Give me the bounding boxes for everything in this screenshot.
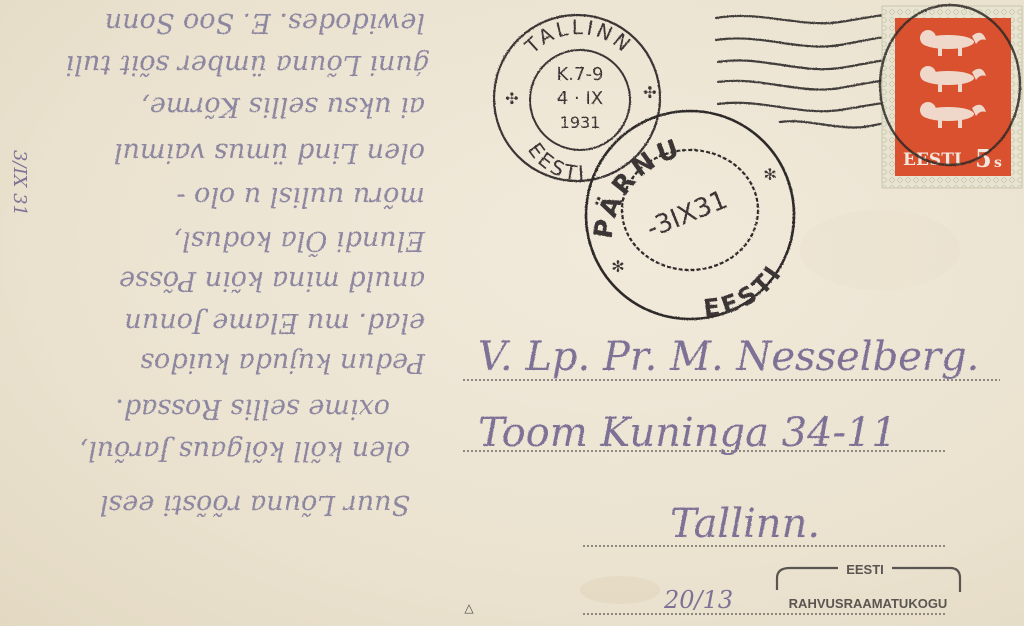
address-street: Toom Kuninga 34-11 (478, 410, 897, 456)
message-line: olen Lind ümus vaimul (114, 137, 425, 168)
library-stamp: EESTI RAHVUSRAAMATUKOGU (777, 562, 960, 611)
catalog-number: 20/13 (663, 586, 733, 614)
postmark-tallinn-year: 1931 (560, 113, 601, 132)
postcard: lewidodes. E. Soo Sonn ģuni Lõuna ümber … (0, 0, 1024, 626)
library-stamp-bottom: RAHVUSRAAMATUKOGU (789, 596, 948, 611)
postmark-tallinn-time: K.7-9 (557, 64, 604, 85)
postmark-tallinn-country: EESTI (523, 138, 587, 185)
svg-text:EESTI: EESTI (702, 258, 789, 322)
message-line: olen kõll kõlgaus Jarõul, (80, 435, 410, 466)
stamp-unit: s (994, 155, 1002, 171)
postmark-parnu-country: EESTI (702, 258, 789, 322)
message-line: lewidodes. E. Soo Sonn (105, 7, 425, 38)
cross-ornament-icon: ✣ (505, 89, 518, 108)
message-line: ai uksu sellis Kõrme, (141, 91, 425, 122)
margin-date-note: 3/IX 31 (9, 150, 30, 216)
address-city: Tallinn. (670, 501, 820, 547)
message-line: Elundi Õla kodusl, (174, 225, 426, 259)
message-line: mõru uulisl u olo - (176, 181, 425, 212)
message-line: anuld mina kõin Põsse (119, 265, 425, 296)
library-stamp-top: EESTI (846, 562, 884, 577)
address-recipient: V. Lp. Pr. M. Nesselberg. (478, 334, 979, 380)
message-line: Pedun kujuda kuidos (140, 347, 426, 378)
postage-stamp: EESTI 5 s (880, 5, 1022, 188)
message-line: Suur Lõuna rõõsti eesl (100, 489, 410, 520)
cross-ornament-icon: ✣ (643, 83, 656, 102)
postmark-parnu: PÄRNU EESTI -3IX31 ✻ ✻ (586, 111, 794, 323)
postmark-tallinn-date: 4 · IX (557, 88, 603, 109)
svg-text:EESTI: EESTI (523, 138, 587, 185)
message-line: oxime sellis Rossad. (115, 393, 390, 424)
star-ornament-icon: ✻ (611, 257, 624, 276)
message-line: ģuni Lõuna ümber sõit tuli (66, 49, 430, 80)
triangle-mark-icon: △ (464, 601, 474, 615)
star-ornament-icon: ✻ (763, 165, 776, 184)
address: V. Lp. Pr. M. Nesselberg. Toom Kuninga 3… (478, 334, 979, 547)
postmark-parnu-date: -3IX31 (642, 185, 732, 244)
message-line: elad. mu Elame Jonun (124, 307, 425, 338)
